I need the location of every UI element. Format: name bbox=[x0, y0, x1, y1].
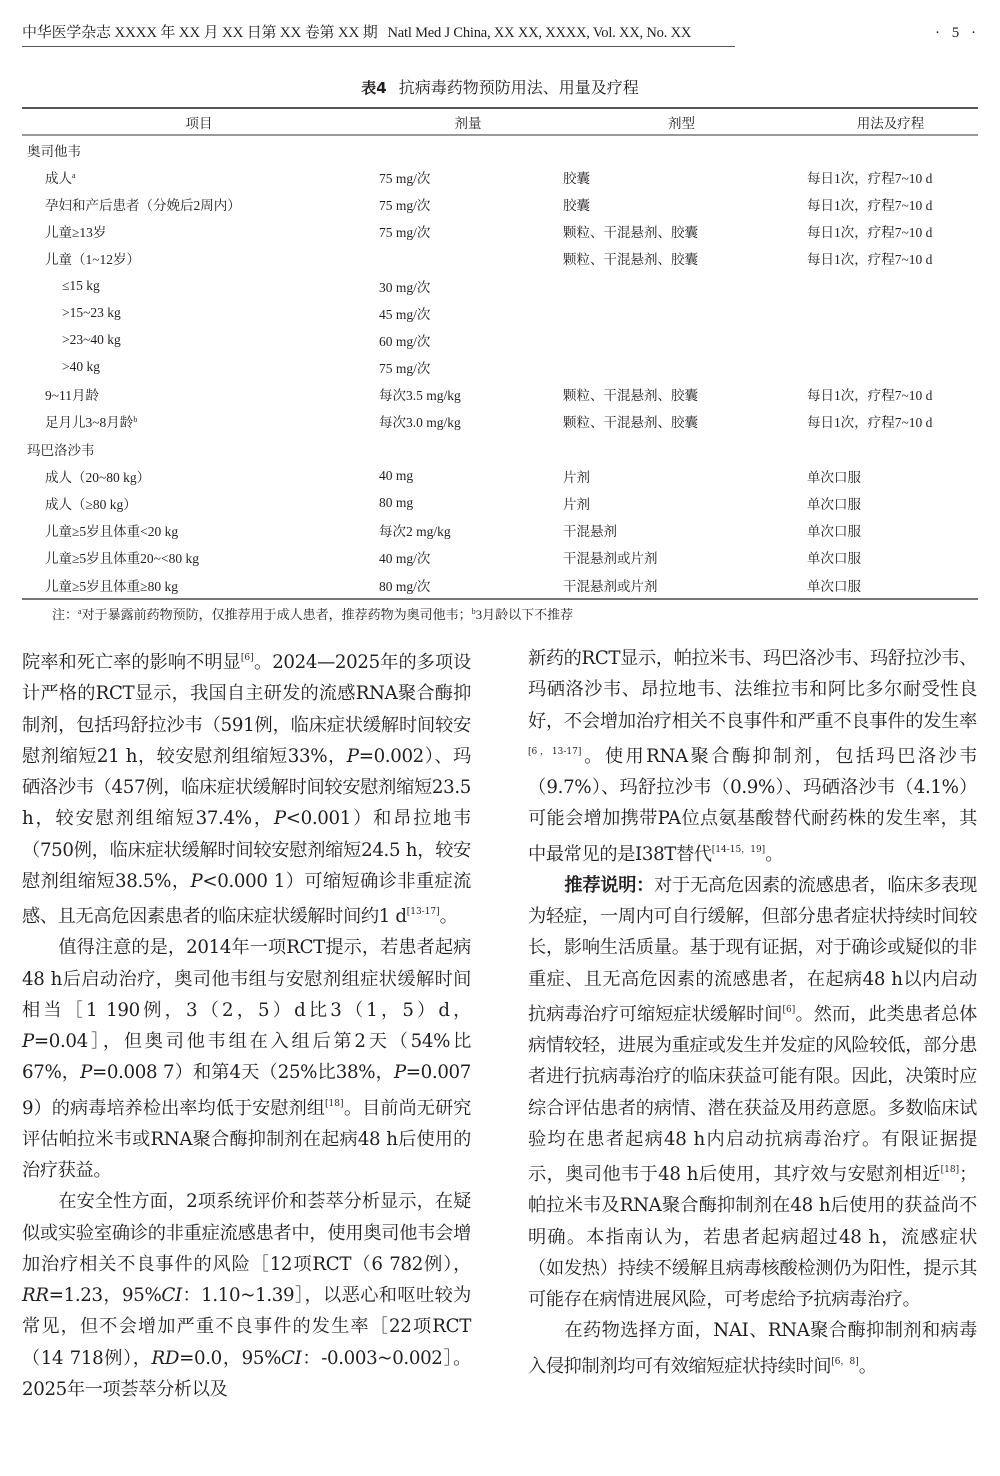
table-row: 成人a75 mg/次胶囊每日1次，疗程7~10 d bbox=[22, 163, 978, 190]
cell-item-text: 9~11月龄 bbox=[45, 388, 99, 403]
stat-symbol: CI bbox=[281, 1348, 301, 1369]
cell-dose: 45 mg/次 bbox=[376, 299, 560, 326]
running-head: 中华医学杂志 XXXX 年 XX 月 XX 日第 XX 卷第 XX 期Natl … bbox=[22, 22, 735, 47]
cell-usage-text: 每日1次，疗程7~10 d bbox=[807, 171, 932, 186]
cell-dose-text: 80 mg bbox=[379, 495, 413, 510]
cell-usage bbox=[803, 299, 978, 326]
stat-symbol: RD bbox=[152, 1348, 180, 1369]
stat-symbol: P bbox=[274, 808, 286, 829]
table-row: 足月儿3~8月龄b每次3.0 mg/kg颗粒、干混悬剂、胶囊每日1次，疗程7~1… bbox=[22, 408, 978, 435]
cell-item: 奥司他韦 bbox=[22, 135, 376, 163]
cell-dose-text: 60 mg/次 bbox=[379, 334, 430, 349]
cell-dose-text: 每次3.0 mg/kg bbox=[379, 415, 461, 430]
body-column-left: 院率和死亡率的影响不明显[6]。2024—2025年的多项设计严格的RCT显示，… bbox=[22, 643, 471, 1405]
table-group-row: 玛巴洛沙韦 bbox=[22, 435, 978, 462]
cell-dose-text: 75 mg/次 bbox=[379, 171, 430, 186]
cell-form bbox=[560, 435, 803, 462]
cell-form-text: 颗粒、干混悬剂、胶囊 bbox=[563, 415, 698, 430]
cell-form bbox=[560, 299, 803, 326]
cell-item-text: 足月儿3~8月龄 bbox=[45, 415, 133, 430]
cell-usage-text: 每日1次，疗程7~10 d bbox=[807, 225, 932, 240]
note-a-text: 对于暴露前药物预防，仅推荐用于成人患者，推荐药物为奥司他韦； bbox=[82, 607, 472, 622]
cell-item-text: 儿童≥13岁 bbox=[45, 225, 106, 240]
cell-usage-text: 每日1次，疗程7~10 d bbox=[807, 388, 932, 403]
cell-dose bbox=[376, 135, 560, 163]
cell-item: 成人（20~80 kg） bbox=[22, 462, 376, 489]
table-row: 成人（≥80 kg）80 mg片剂单次口服 bbox=[22, 489, 978, 516]
cell-item: >15~23 kg bbox=[22, 299, 376, 326]
cell-item: 玛巴洛沙韦 bbox=[22, 435, 376, 462]
cell-dose-text: 75 mg/次 bbox=[379, 225, 430, 240]
cell-form: 颗粒、干混悬剂、胶囊 bbox=[560, 218, 803, 245]
journal-title-cn: 中华医学杂志 XXXX 年 XX 月 XX 日第 XX 卷第 XX 期 bbox=[22, 25, 378, 41]
text-run: 。 bbox=[859, 1356, 877, 1377]
cell-usage bbox=[803, 326, 978, 353]
text-run: 在安全性方面，2项系统评价和荟萃分析显示，在疑似或实验室确诊的非重症流感患者中，… bbox=[22, 1191, 471, 1275]
citation-ref: [6] bbox=[241, 653, 254, 663]
table-row: >23~40 kg60 mg/次 bbox=[22, 326, 978, 353]
cell-usage: 每日1次，疗程7~10 d bbox=[803, 190, 978, 217]
cell-form-text: 颗粒、干混悬剂、胶囊 bbox=[563, 225, 698, 240]
cell-dose bbox=[376, 245, 560, 272]
cell-item-text: 成人（20~80 kg） bbox=[45, 470, 150, 485]
cell-form bbox=[560, 135, 803, 163]
stat-symbol: P bbox=[347, 746, 359, 767]
cell-usage-text: 单次口服 bbox=[807, 579, 861, 594]
cell-usage: 每日1次，疗程7~10 d bbox=[803, 381, 978, 408]
cell-dose-text: 80 mg/次 bbox=[379, 579, 430, 594]
cell-usage: 单次口服 bbox=[803, 544, 978, 571]
cell-item: 儿童≥5岁且体重≥80 kg bbox=[22, 571, 376, 599]
cell-form-text: 干混悬剂 bbox=[563, 524, 617, 539]
cell-form bbox=[560, 272, 803, 299]
page-number: · 5 · bbox=[935, 22, 980, 44]
table-header-row: 项目 剂量 剂型 用法及疗程 bbox=[22, 108, 978, 135]
cell-usage: 每日1次，疗程7~10 d bbox=[803, 245, 978, 272]
stat-symbol: P bbox=[190, 871, 202, 892]
cell-dose: 60 mg/次 bbox=[376, 326, 560, 353]
text-run: 院率和死亡率的影响不明显 bbox=[22, 652, 241, 673]
cell-dose-text: 75 mg/次 bbox=[379, 198, 430, 213]
cell-item: 足月儿3~8月龄b bbox=[22, 408, 376, 435]
cell-dose bbox=[376, 435, 560, 462]
citation-ref: [18] bbox=[325, 1099, 343, 1109]
cell-usage: 每日1次，疗程7~10 d bbox=[803, 408, 978, 435]
table-body: 奥司他韦成人a75 mg/次胶囊每日1次，疗程7~10 d孕妇和产后患者（分娩后… bbox=[22, 135, 978, 599]
cell-form: 片剂 bbox=[560, 489, 803, 516]
table-row: 9~11月龄每次3.5 mg/kg颗粒、干混悬剂、胶囊每日1次，疗程7~10 d bbox=[22, 381, 978, 408]
paragraph: 新药的RCT显示，帕拉米韦、玛巴洛沙韦、玛舒拉沙韦、玛硒洛沙韦、昂拉地韦、法维拉… bbox=[528, 643, 977, 870]
cell-form bbox=[560, 326, 803, 353]
cell-usage: 每日1次，疗程7~10 d bbox=[803, 163, 978, 190]
cell-dose: 每次3.0 mg/kg bbox=[376, 408, 560, 435]
cell-form: 干混悬剂或片剂 bbox=[560, 544, 803, 571]
cell-usage-text: 每日1次，疗程7~10 d bbox=[807, 252, 932, 267]
cell-form-text: 干混悬剂或片剂 bbox=[563, 579, 658, 594]
table-row: 孕妇和产后患者（分娩后2周内）75 mg/次胶囊每日1次，疗程7~10 d bbox=[22, 190, 978, 217]
cell-dose-text: 40 mg bbox=[379, 468, 413, 483]
paragraph: 院率和死亡率的影响不明显[6]。2024—2025年的多项设计严格的RCT显示，… bbox=[22, 643, 471, 932]
cell-form-text: 胶囊 bbox=[563, 198, 590, 213]
cell-dose: 80 mg/次 bbox=[376, 571, 560, 599]
cell-item: ≤15 kg bbox=[22, 272, 376, 299]
cell-item: 儿童（1~12岁） bbox=[22, 245, 376, 272]
cell-usage-text: 单次口服 bbox=[807, 497, 861, 512]
cell-usage: 单次口服 bbox=[803, 489, 978, 516]
cell-form: 胶囊 bbox=[560, 190, 803, 217]
cell-item-text: >15~23 kg bbox=[62, 305, 121, 320]
citation-ref: [6] bbox=[782, 1005, 795, 1015]
table-row: 儿童≥5岁且体重<20 kg每次2 mg/kg干混悬剂单次口服 bbox=[22, 517, 978, 544]
cell-dose: 75 mg/次 bbox=[376, 190, 560, 217]
table-row: 儿童≥5岁且体重≥80 kg80 mg/次干混悬剂或片剂单次口服 bbox=[22, 571, 978, 599]
cell-dose: 75 mg/次 bbox=[376, 163, 560, 190]
citation-ref: [13-17] bbox=[407, 907, 440, 917]
cell-dose-text: 每次2 mg/kg bbox=[379, 524, 451, 539]
text-run: 。 bbox=[440, 906, 458, 927]
text-run: =1.23，95% bbox=[49, 1285, 162, 1306]
cell-form: 干混悬剂或片剂 bbox=[560, 571, 803, 599]
cell-form: 片剂 bbox=[560, 462, 803, 489]
cell-item-text: 儿童≥5岁且体重<20 kg bbox=[45, 524, 178, 539]
table-title: 抗病毒药物预防用法、用量及疗程 bbox=[399, 78, 639, 97]
cell-dose-text: 30 mg/次 bbox=[379, 280, 430, 295]
cell-usage: 单次口服 bbox=[803, 462, 978, 489]
cell-usage-text: 每日1次，疗程7~10 d bbox=[807, 198, 932, 213]
cell-dose: 每次2 mg/kg bbox=[376, 517, 560, 544]
body-column-right: 新药的RCT显示，帕拉米韦、玛巴洛沙韦、玛舒拉沙韦、玛硒洛沙韦、昂拉地韦、法维拉… bbox=[528, 643, 977, 1382]
cell-dose-text: 75 mg/次 bbox=[379, 361, 430, 376]
cell-usage-text: 单次口服 bbox=[807, 524, 861, 539]
cell-dose: 80 mg bbox=[376, 489, 560, 516]
cell-dose-text: 每次3.5 mg/kg bbox=[379, 388, 461, 403]
cell-dose-text: 40 mg/次 bbox=[379, 551, 430, 566]
cell-item: 9~11月龄 bbox=[22, 381, 376, 408]
cell-item-text: 孕妇和产后患者（分娩后2周内） bbox=[45, 198, 241, 213]
cell-usage-text: 单次口服 bbox=[807, 551, 861, 566]
dosage-table: 项目 剂量 剂型 用法及疗程 奥司他韦成人a75 mg/次胶囊每日1次，疗程7~… bbox=[22, 107, 978, 600]
cell-form-text: 片剂 bbox=[563, 470, 590, 485]
paragraph: 在安全性方面，2项系统评价和荟萃分析显示，在疑似或实验室确诊的非重症流感患者中，… bbox=[22, 1186, 471, 1405]
cell-item: 儿童≥5岁且体重<20 kg bbox=[22, 517, 376, 544]
cell-form bbox=[560, 354, 803, 381]
text-run: =0.008 7）和第4天（25%比38%， bbox=[92, 1062, 394, 1083]
table-row: 儿童≥13岁75 mg/次颗粒、干混悬剂、胶囊每日1次，疗程7~10 d bbox=[22, 218, 978, 245]
stat-symbol: RR bbox=[22, 1285, 49, 1306]
table-note: 注：a对于暴露前药物预防，仅推荐用于成人患者，推荐药物为奥司他韦；b3月龄以下不… bbox=[52, 601, 573, 626]
paragraph: 推荐说明：对于无高危因素的流感患者，临床多表现为轻症，一周内可自行缓解，但部分患… bbox=[528, 870, 977, 1316]
cell-item-text: 成人（≥80 kg） bbox=[45, 497, 137, 512]
cell-item: >23~40 kg bbox=[22, 326, 376, 353]
cell-usage: 单次口服 bbox=[803, 571, 978, 599]
cell-item: 孕妇和产后患者（分娩后2周内） bbox=[22, 190, 376, 217]
journal-title-en: Natl Med J China, XX XX, XXXX, Vol. XX, … bbox=[388, 25, 692, 41]
cell-form-text: 干混悬剂或片剂 bbox=[563, 551, 658, 566]
table-label: 表4 bbox=[361, 79, 386, 97]
footnote-mark: b bbox=[133, 415, 137, 424]
cell-dose: 40 mg/次 bbox=[376, 544, 560, 571]
table-row: ≤15 kg30 mg/次 bbox=[22, 272, 978, 299]
cell-usage-text: 单次口服 bbox=[807, 470, 861, 485]
column-header-dose: 剂量 bbox=[376, 108, 560, 135]
run-in-heading: 推荐说明： bbox=[564, 875, 654, 896]
paragraph: 在药物选择方面，NAI、RNA聚合酶抑制剂和病毒入侵抑制剂均可有效缩短症状持续时… bbox=[528, 1315, 977, 1382]
cell-dose-text: 45 mg/次 bbox=[379, 307, 430, 322]
cell-dose: 40 mg bbox=[376, 462, 560, 489]
text-run: =0.0，95% bbox=[179, 1348, 281, 1369]
note-b-text: 3月龄以下不推荐 bbox=[476, 607, 574, 622]
cell-usage bbox=[803, 272, 978, 299]
cell-form-text: 颗粒、干混悬剂、胶囊 bbox=[563, 388, 698, 403]
footnote-mark: a bbox=[72, 171, 76, 180]
table-row: 儿童≥5岁且体重20~<80 kg40 mg/次干混悬剂或片剂单次口服 bbox=[22, 544, 978, 571]
paragraph: 值得注意的是，2014年一项RCT提示，若患者起病48 h后启动治疗，奥司他韦组… bbox=[22, 932, 471, 1186]
cell-item-text: 儿童≥5岁且体重≥80 kg bbox=[45, 579, 178, 594]
table-caption: 表4抗病毒药物预防用法、用量及疗程 bbox=[0, 77, 1000, 99]
stat-symbol: P bbox=[22, 1031, 34, 1052]
cell-item-text: 儿童（1~12岁） bbox=[45, 252, 140, 267]
cell-item-text: 奥司他韦 bbox=[27, 144, 81, 159]
column-header-form: 剂型 bbox=[560, 108, 803, 135]
citation-ref: [14-15，19] bbox=[712, 845, 765, 855]
table-row: >15~23 kg45 mg/次 bbox=[22, 299, 978, 326]
cell-usage: 每日1次，疗程7~10 d bbox=[803, 218, 978, 245]
citation-ref: [18] bbox=[941, 1165, 959, 1175]
cell-form: 颗粒、干混悬剂、胶囊 bbox=[560, 381, 803, 408]
cell-item-text: 成人 bbox=[45, 171, 72, 186]
cell-item: >40 kg bbox=[22, 354, 376, 381]
column-header-item: 项目 bbox=[22, 108, 376, 135]
cell-usage: 单次口服 bbox=[803, 517, 978, 544]
stat-symbol: P bbox=[80, 1062, 92, 1083]
cell-form-text: 片剂 bbox=[563, 497, 590, 512]
note-prefix: 注： bbox=[52, 607, 78, 622]
cell-usage-text: 每日1次，疗程7~10 d bbox=[807, 415, 932, 430]
cell-usage bbox=[803, 354, 978, 381]
cell-item-text: 儿童≥5岁且体重20~<80 kg bbox=[45, 551, 199, 566]
cell-form: 干混悬剂 bbox=[560, 517, 803, 544]
stat-symbol: CI bbox=[161, 1285, 181, 1306]
citation-ref: [6，8] bbox=[831, 1357, 858, 1367]
cell-item-text: >23~40 kg bbox=[62, 332, 121, 347]
cell-form-text: 颗粒、干混悬剂、胶囊 bbox=[563, 252, 698, 267]
stat-symbol: P bbox=[394, 1062, 406, 1083]
text-run: 。然而，此类患者总体病情较轻，进展为重症或发生并发症的风险较低，部分患者进行抗病… bbox=[528, 1004, 977, 1185]
text-run: 在药物选择方面，NAI、RNA聚合酶抑制剂和病毒入侵抑制剂均可有效缩短症状持续时… bbox=[528, 1320, 977, 1376]
table-row: 成人（20~80 kg）40 mg片剂单次口服 bbox=[22, 462, 978, 489]
text-run: 对于无高危因素的流感患者，临床多表现为轻症，一周内可自行缓解，但部分患者症状持续… bbox=[528, 875, 977, 1025]
table-row: >40 kg75 mg/次 bbox=[22, 354, 978, 381]
text-run: 值得注意的是，2014年一项RCT提示，若患者起病48 h后启动治疗，奥司他韦组… bbox=[22, 937, 471, 1021]
cell-form-text: 胶囊 bbox=[563, 171, 590, 186]
cell-dose: 每次3.5 mg/kg bbox=[376, 381, 560, 408]
text-run: 新药的RCT显示，帕拉米韦、玛巴洛沙韦、玛舒拉沙韦、玛硒洛沙韦、昂拉地韦、法维拉… bbox=[528, 648, 977, 732]
cell-usage bbox=[803, 435, 978, 462]
cell-form: 胶囊 bbox=[560, 163, 803, 190]
citation-ref: [6，13-17] bbox=[528, 747, 581, 757]
column-header-usage: 用法及疗程 bbox=[803, 108, 978, 135]
cell-item: 成人（≥80 kg） bbox=[22, 489, 376, 516]
table-row: 儿童（1~12岁）颗粒、干混悬剂、胶囊每日1次，疗程7~10 d bbox=[22, 245, 978, 272]
cell-item-text: >40 kg bbox=[62, 359, 100, 374]
cell-item: 儿童≥5岁且体重20~<80 kg bbox=[22, 544, 376, 571]
cell-dose: 75 mg/次 bbox=[376, 218, 560, 245]
table-group-row: 奥司他韦 bbox=[22, 135, 978, 163]
cell-item-text: 玛巴洛沙韦 bbox=[27, 443, 95, 458]
cell-item: 成人a bbox=[22, 163, 376, 190]
cell-form: 颗粒、干混悬剂、胶囊 bbox=[560, 245, 803, 272]
cell-item-text: ≤15 kg bbox=[62, 278, 100, 293]
text-run: ；帕拉米韦及RNA聚合酶抑制剂在48 h后使用的获益尚不明确。本指南认为，若患者… bbox=[528, 1164, 977, 1310]
cell-usage bbox=[803, 135, 978, 163]
cell-dose: 30 mg/次 bbox=[376, 272, 560, 299]
cell-dose: 75 mg/次 bbox=[376, 354, 560, 381]
text-run: 。 bbox=[765, 844, 783, 865]
cell-form: 颗粒、干混悬剂、胶囊 bbox=[560, 408, 803, 435]
cell-item: 儿童≥13岁 bbox=[22, 218, 376, 245]
